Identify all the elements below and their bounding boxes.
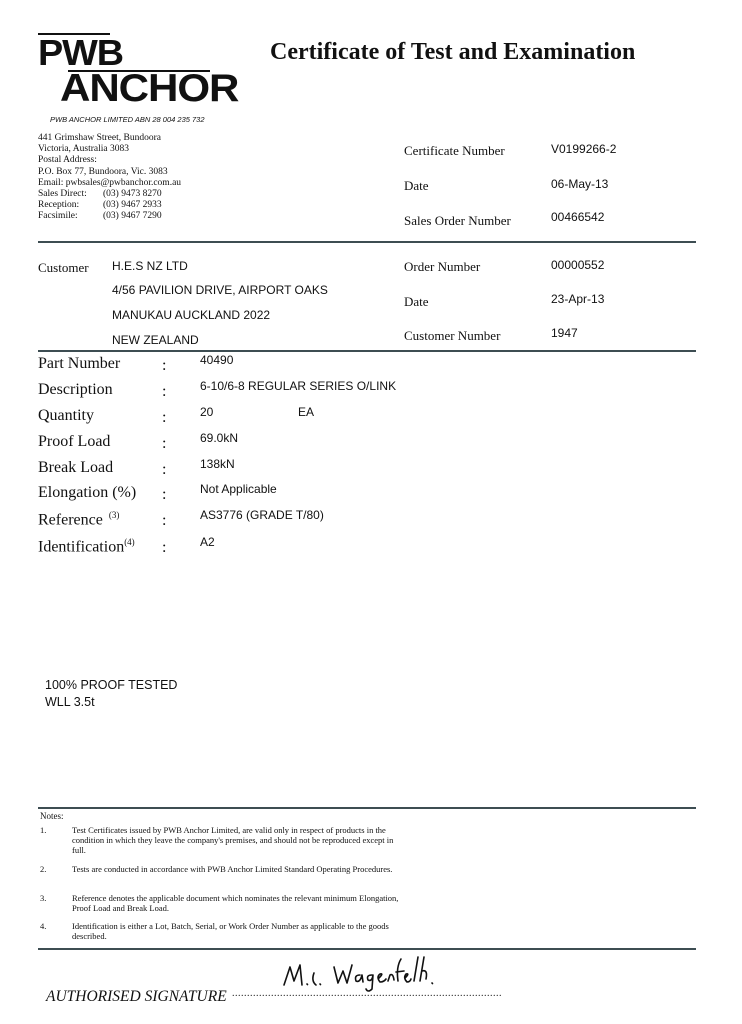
order-number-label: Order Number	[404, 259, 480, 275]
phone-label: Sales Direct:	[38, 189, 103, 200]
spec-label-text: Identification	[38, 538, 124, 555]
divider	[38, 807, 696, 809]
customer-address-line: MANUKAU AUCKLAND 2022	[112, 308, 270, 322]
spec-label: Break Load	[38, 459, 113, 477]
spec-label-text: Part Number	[38, 355, 120, 372]
order-date-label: Date	[404, 294, 429, 310]
phone-value: (03) 9467 2933	[103, 200, 162, 211]
note-item: 2. Tests are conducted in accordance wit…	[40, 864, 400, 874]
note-number: 2.	[40, 864, 72, 874]
address-line: Victoria, Australia 3083	[38, 144, 181, 155]
spec-label-text: Reference	[38, 511, 103, 528]
spec-value: 138kN	[200, 457, 235, 471]
note-item: 1. Test Certificates issued by PWB Ancho…	[40, 825, 400, 855]
order-date-value: 23-Apr-13	[551, 292, 604, 306]
note-text: Identification is either a Lot, Batch, S…	[72, 921, 400, 941]
certificate-date-label: Date	[404, 178, 429, 194]
customer-address-line: 4/56 PAVILION DRIVE, AIRPORT OAKS	[112, 283, 328, 297]
note-text: Test Certificates issued by PWB Anchor L…	[72, 825, 400, 855]
customer-number-label: Customer Number	[404, 328, 500, 344]
spec-footnote-ref: (3)	[109, 510, 120, 520]
spec-label-text: Proof Load	[38, 433, 110, 450]
spec-unit: EA	[298, 405, 314, 419]
spec-separator: :	[162, 461, 166, 479]
proof-tested-remark: 100% PROOF TESTED	[45, 677, 177, 694]
phone-row: Reception: (03) 9467 2933	[38, 200, 181, 211]
note-text: Reference denotes the applicable documen…	[72, 893, 400, 913]
spec-separator: :	[162, 486, 166, 504]
spec-separator: :	[162, 357, 166, 375]
spec-value: 20	[200, 405, 213, 419]
wll-remark: WLL 3.5t	[45, 694, 177, 711]
note-item: 3. Reference denotes the applicable docu…	[40, 893, 400, 913]
signature-line: ........................................…	[232, 988, 502, 999]
phone-label: Facsimile:	[38, 211, 103, 222]
note-number: 1.	[40, 825, 72, 855]
spec-separator: :	[162, 409, 166, 427]
phone-label: Reception:	[38, 200, 103, 211]
spec-label: Reference(3)	[38, 510, 119, 529]
spec-value: 40490	[200, 353, 233, 367]
spec-label-text: Quantity	[38, 407, 94, 424]
customer-name: H.E.S NZ LTD	[112, 259, 188, 273]
divider	[38, 241, 696, 243]
sales-order-number-label: Sales Order Number	[404, 213, 511, 229]
order-number-value: 00000552	[551, 258, 604, 272]
address-line: P.O. Box 77, Bundoora, Vic. 3083	[38, 167, 181, 178]
spec-separator: :	[162, 512, 166, 530]
logo-pwb-text: PWB	[38, 35, 123, 71]
address-line: 441 Grimshaw Street, Bundoora	[38, 133, 181, 144]
note-item: 4. Identification is either a Lot, Batch…	[40, 921, 400, 941]
spec-value: A2	[200, 535, 215, 549]
spec-label: Quantity	[38, 407, 94, 425]
spec-label-text: Elongation (%)	[38, 484, 136, 501]
spec-value: 69.0kN	[200, 431, 238, 445]
spec-value: Not Applicable	[200, 482, 277, 496]
spec-footnote-ref: (4)	[124, 537, 135, 547]
phone-value: (03) 9467 7290	[103, 211, 162, 222]
certificate-number-value: V0199266-2	[551, 142, 616, 156]
company-legal-line: PWB ANCHOR LIMITED ABN 28 004 235 732	[50, 115, 205, 124]
authorised-signature-label: AUTHORISED SIGNATURE	[46, 988, 227, 1006]
spec-value: AS3776 (GRADE T/80)	[200, 508, 324, 522]
phone-row: Sales Direct: (03) 9473 8270	[38, 189, 181, 200]
spec-separator: :	[162, 539, 166, 557]
company-address: 441 Grimshaw Street, Bundoora Victoria, …	[38, 133, 181, 223]
spec-label-text: Break Load	[38, 459, 113, 476]
customer-number-value: 1947	[551, 326, 578, 340]
company-logo: PWB ANCHOR	[38, 33, 210, 108]
remarks: 100% PROOF TESTED WLL 3.5t	[45, 677, 177, 711]
spec-label: Description	[38, 381, 113, 399]
spec-separator: :	[162, 383, 166, 401]
spec-label: Elongation (%)	[38, 484, 136, 502]
spec-separator: :	[162, 435, 166, 453]
sales-order-number-value: 00466542	[551, 210, 604, 224]
note-text: Tests are conducted in accordance with P…	[72, 864, 392, 874]
customer-country: NEW ZEALAND	[112, 333, 199, 347]
spec-value: 6-10/6-8 REGULAR SERIES O/LINK	[200, 379, 396, 393]
spec-label: Proof Load	[38, 433, 110, 451]
divider	[38, 350, 696, 352]
logo-anchor-text: ANCHOR	[60, 69, 238, 109]
address-line: Postal Address:	[38, 155, 181, 166]
customer-label: Customer	[38, 260, 89, 276]
spec-label: Identification(4)	[38, 537, 135, 556]
certificate-date-value: 06-May-13	[551, 177, 608, 191]
document-title: Certificate of Test and Examination	[270, 39, 635, 66]
certificate-number-label: Certificate Number	[404, 143, 505, 159]
note-number: 4.	[40, 921, 72, 941]
note-number: 3.	[40, 893, 72, 913]
notes-heading: Notes:	[40, 811, 64, 821]
spec-label-text: Description	[38, 381, 113, 398]
email-line[interactable]: Email: pwbsales@pwbanchor.com.au	[38, 178, 181, 189]
phone-row: Facsimile: (03) 9467 7290	[38, 211, 181, 222]
phone-value: (03) 9473 8270	[103, 189, 162, 200]
spec-label: Part Number	[38, 355, 120, 373]
